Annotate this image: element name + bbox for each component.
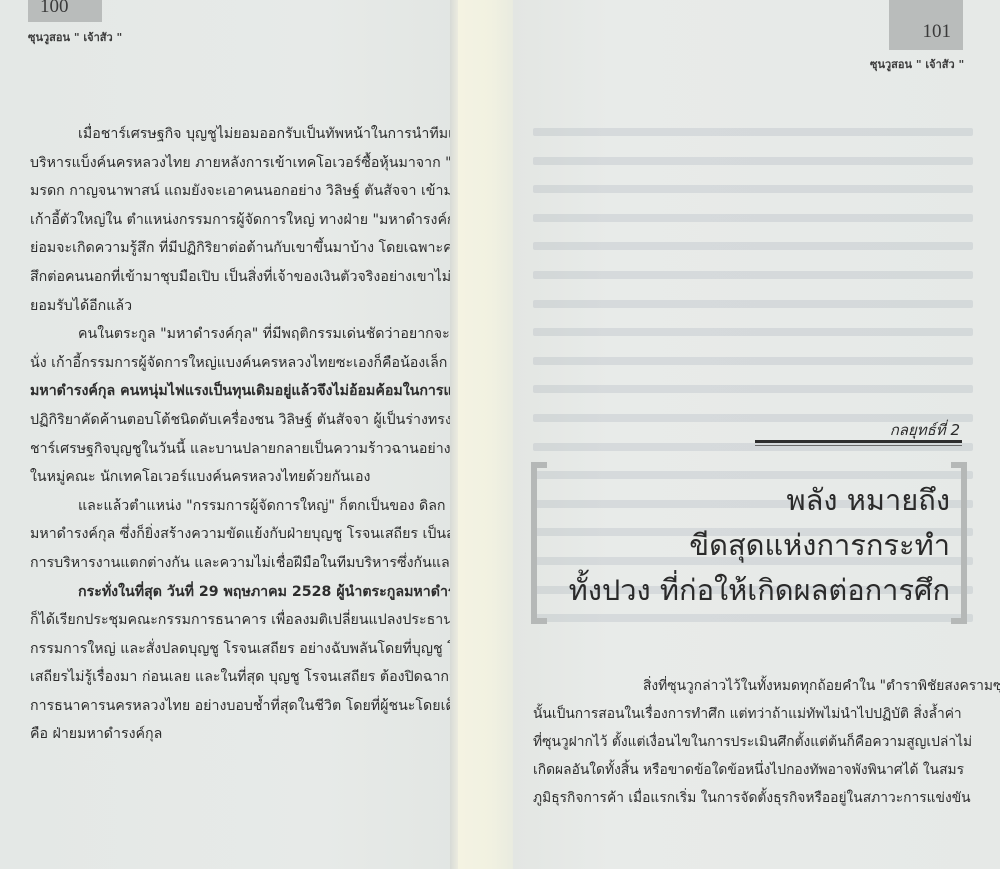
text-line: คือ ฝ่ายมหาดำรงค์กุล — [30, 720, 458, 749]
text-line: ย่อมจะเกิดความรู้สึก ที่มีปฏิกิริยาต่อต้… — [30, 234, 458, 263]
text-line: ปฏิกิริยาคัดค้านตอบโต้ชนิดดับเครื่องชน ว… — [30, 406, 458, 435]
text-line: มรดก กาญจนาพาสน์ แถมยังจะเอาคนนอกอย่าง ว… — [30, 177, 458, 206]
text-line: เสถียรไม่รู้เรื่องมา ก่อนเลย และในที่สุด… — [30, 663, 458, 692]
text-line: เมื่อชาร์เศรษฐกิจ บุญชูไม่ยอมออกรับเป็นท… — [30, 120, 458, 149]
text-line: เกิดผลอันใดทั้งสิ้น หรือขาดข้อใดข้อหนึ่ง… — [533, 756, 983, 784]
text-line: นั่ง เก้าอี้กรรมการผู้จัดการใหญ่แบงค์นคร… — [30, 349, 458, 378]
pull-quote-line: ขีดสุดแห่งการกระทำ — [569, 523, 950, 568]
left-page: 100 ซุนวูสอน " เจ้าสัว " เมื่อชาร์เศรษฐก… — [0, 0, 458, 869]
text-line: มหาดำรงค์กุล ซึ่งก็ยิ่งสร้างความขัดแย้งก… — [30, 520, 458, 549]
right-page: 101 ซุนวูสอน " เจ้าสัว " กลยุทธ์ที่ 2 พล… — [513, 0, 1000, 869]
running-head-left: ซุนวูสอน " เจ้าสัว " — [28, 28, 122, 46]
text-line: และแล้วตำแหน่ง "กรรมการผู้จัดการใหญ่" ก็… — [30, 492, 458, 521]
running-head-right: ซุนวูสอน " เจ้าสัว " — [870, 55, 964, 73]
text-line: บริหารแบ็งค์นครหลวงไทย ภายหลังการเข้าเทค… — [30, 149, 458, 178]
chapter-rule — [755, 440, 962, 443]
text-line: ก็ได้เรียกประชุมคณะกรรมการธนาคาร เพื่อลง… — [30, 606, 458, 635]
text-line: มหาดำรงค์กุล คนหนุ่มไฟแรงเป็นทุนเดิมอยู่… — [30, 377, 458, 406]
text-line: สึกต่อคนนอกที่เข้ามาชุบมือเปิบ เป็นสิ่งท… — [30, 263, 458, 292]
book-spread: 100 ซุนวูสอน " เจ้าสัว " เมื่อชาร์เศรษฐก… — [0, 0, 1000, 869]
left-body-text: เมื่อชาร์เศรษฐกิจ บุญชูไม่ยอมออกรับเป็นท… — [30, 120, 458, 749]
text-line: การบริหารงานแตกต่างกัน และความไม่เชื่อฝี… — [30, 549, 458, 578]
text-line: ชาร์เศรษฐกิจบุญชูในวันนี้ และบานปลายกลาย… — [30, 435, 458, 464]
text-line: คนในตระกูล "มหาดำรงค์กุล" ที่มีพฤติกรรมเ… — [30, 320, 458, 349]
right-body-text: สิ่งที่ซุนวูกล่าวไว้ในทั้งหมดทุกถ้อยคำใน… — [533, 672, 983, 812]
right-bracket-decoration — [951, 462, 967, 624]
text-line: ในหมู่คณะ นักเทคโอเวอร์แบงค์นครหลวงไทยด้… — [30, 463, 458, 492]
text-line: ที่ซุนวูฝากไว้ ตั้งแต่เงื่อนไขในการประเม… — [533, 728, 983, 756]
pull-quote: พลัง หมายถึง ขีดสุดแห่งการกระทำ ทั้งปวง … — [569, 478, 950, 613]
page-number-right: 101 — [889, 0, 963, 50]
pull-quote-line: ทั้งปวง ที่ก่อให้เกิดผลต่อการศึก — [569, 568, 950, 613]
text-line: สิ่งที่ซุนวูกล่าวไว้ในทั้งหมดทุกถ้อยคำใน… — [533, 672, 983, 700]
text-line: ยอมรับได้อีกแล้ว — [30, 292, 458, 321]
text-line: การธนาคารนครหลวงไทย อย่างบอบช้ำที่สุดในช… — [30, 692, 458, 721]
text-line: นั้นเป็นการสอนในเรื่องการทำศึก แต่ทว่าถ้… — [533, 700, 983, 728]
page-edge — [458, 0, 513, 869]
text-line: กรรมการใหญ่ และสั่งปลดบุญชู โรจนเสถียร อ… — [30, 635, 458, 664]
pull-quote-line: พลัง หมายถึง — [569, 478, 950, 523]
page-number-left: 100 — [28, 0, 102, 22]
chapter-rule-thin — [755, 445, 962, 446]
text-line: เก้าอี้ตัวใหญ่ใน ตำแหน่งกรรมการผู้จัดการ… — [30, 206, 458, 235]
chapter-label: กลยุทธ์ที่ 2 — [890, 418, 960, 442]
text-line: ภูมิธุรกิจการค้า เมื่อแรกเริ่ม ในการจัดต… — [533, 784, 983, 812]
left-bracket-decoration — [531, 462, 547, 624]
text-line: กระทั่งในที่สุด วันที่ 29 พฤษภาคม 2528 ผ… — [30, 578, 458, 607]
